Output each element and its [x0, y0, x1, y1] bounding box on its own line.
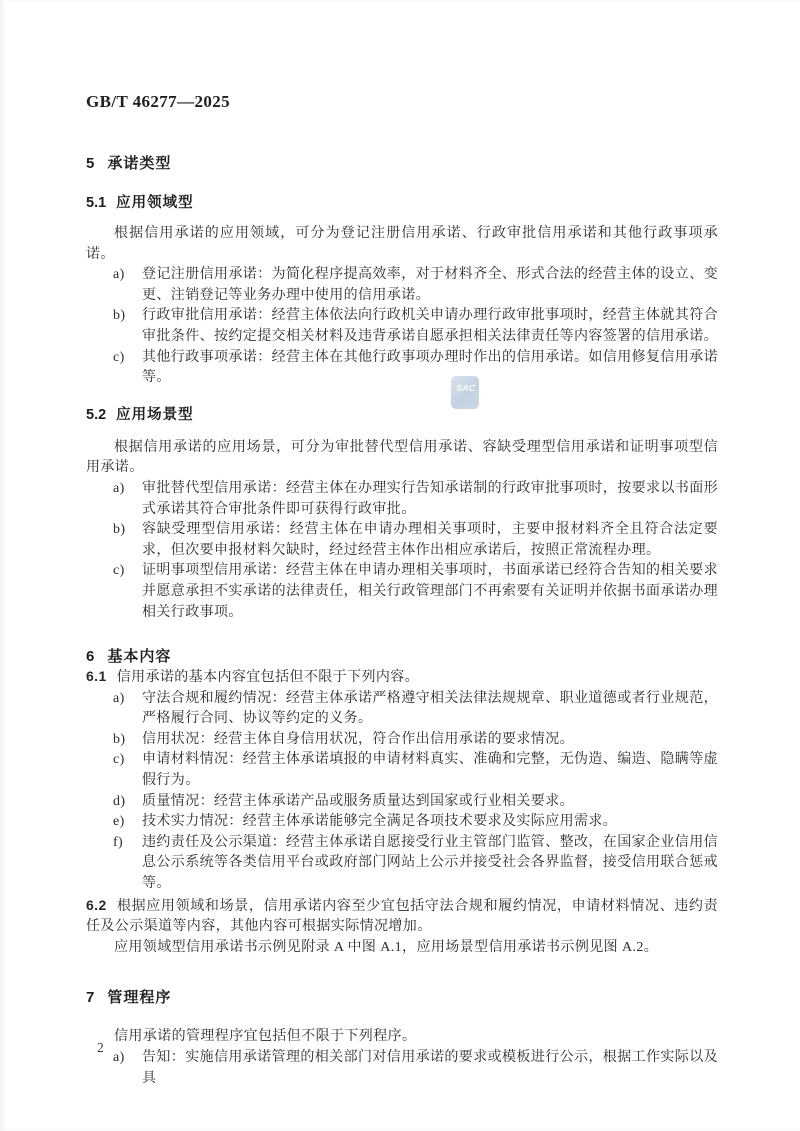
list-item-label: a) — [113, 689, 142, 730]
list-item: f) 违约责任及公示渠道：经营主体承诺自愿接受行业主管部门监管、整改，在国家企业… — [113, 833, 718, 895]
clause-6-2-text: 根据应用领域和场景，信用承诺内容至少宜包括守法合规和履约情况，申请材料情况、违约… — [86, 899, 718, 935]
clause-6-1-text: 信用承诺的基本内容宜包括但不限于下列内容。 — [117, 670, 419, 685]
section-5-2-heading: 5.2应用场景型 — [86, 403, 718, 424]
section-6-number: 6 — [86, 648, 94, 665]
list-item-text: 审批替代型信用承诺：经营主体在办理实行告知承诺制的行政审批事项时，按要求以书面形… — [142, 479, 718, 520]
list-item-label: e) — [113, 812, 142, 833]
section-5-2-intro: 根据信用承诺的应用场景，可分为审批替代型信用承诺、容缺受理型信用承诺和证明事项型… — [86, 438, 718, 479]
list-item: b) 容缺受理型信用承诺：经营主体在申请办理相关事项时，主要申报材料齐全且符合法… — [113, 520, 718, 561]
list-item-text: 申请材料情况：经营主体承诺填报的申请材料真实、准确和完整，无伪造、编造、隐瞒等虚… — [142, 750, 718, 791]
list-item-label: a) — [113, 1048, 142, 1089]
clause-6-2-note: 应用领域型信用承诺书示例见附录 A 中图 A.1，应用场景型信用承诺书示例见图 … — [86, 938, 718, 959]
section-5-1-number: 5.1 — [86, 195, 106, 211]
list-item-label: c) — [113, 348, 142, 389]
page-number: 2 — [97, 1040, 104, 1056]
section-6-heading: 6基本内容 — [86, 645, 718, 666]
list-item-label: a) — [113, 479, 142, 520]
list-item-label: c) — [113, 561, 142, 623]
list-item-text: 行政审批信用承诺：经营主体依法向行政机关申请办理行政审批事项时，经营主体就其符合… — [142, 306, 718, 347]
list-item-label: d) — [113, 792, 142, 813]
list-item-text: 告知：实施信用承诺管理的相关部门对信用承诺的要求或模板进行公示，根据工作实际以及… — [142, 1048, 718, 1089]
list-item-label: b) — [113, 730, 142, 751]
list-item-text: 质量情况：经营主体承诺产品或服务质量达到国家或行业相关要求。 — [142, 792, 718, 813]
clause-6-2: 6.2根据应用领域和场景，信用承诺内容至少宜包括守法合规和履约情况，申请材料情况… — [86, 895, 718, 938]
list-item: a) 审批替代型信用承诺：经营主体在办理实行告知承诺制的行政审批事项时，按要求以… — [113, 479, 718, 520]
section-5-number: 5 — [86, 155, 94, 172]
section-5-2-number: 5.2 — [86, 407, 106, 423]
list-item-text: 其他行政事项承诺：经营主体在其他行政事项办理时作出的信用承诺。如信用修复信用承诺… — [142, 348, 718, 389]
list-item-label: a) — [113, 265, 142, 306]
clause-6-1: 6.1信用承诺的基本内容宜包括但不限于下列内容。 — [86, 666, 718, 689]
clause-6-1-list: a) 守法合规和履约情况：经营主体承诺严格遵守相关法律法规规章、职业道德或者行业… — [113, 689, 718, 895]
clause-6-2-number: 6.2 — [86, 897, 107, 913]
section-5-title: 承诺类型 — [107, 155, 171, 172]
section-7-number: 7 — [86, 989, 94, 1006]
list-item-text: 登记注册信用承诺：为简化程序提高效率，对于材料齐全、形式合法的经营主体的设立、变… — [142, 265, 718, 306]
list-item-text: 违约责任及公示渠道：经营主体承诺自愿接受行业主管部门监管、整改，在国家企业信用信… — [142, 833, 718, 895]
section-5-2-title: 应用场景型 — [116, 407, 194, 423]
clause-6-1-number: 6.1 — [86, 668, 107, 684]
list-item: a) 登记注册信用承诺：为简化程序提高效率，对于材料齐全、形式合法的经营主体的设… — [113, 265, 718, 306]
list-item-text: 技术实力情况：经营主体承诺能够完全满足各项技术要求及实际应用需求。 — [142, 812, 718, 833]
section-7-list: a) 告知：实施信用承诺管理的相关部门对信用承诺的要求或模板进行公示，根据工作实… — [113, 1048, 718, 1089]
list-item-label: f) — [113, 833, 142, 895]
list-item-text: 守法合规和履约情况：经营主体承诺严格遵守相关法律法规规章、职业道德或者行业规范，… — [142, 689, 718, 730]
standard-code-header: GB/T 46277—2025 — [86, 92, 718, 112]
section-7-intro: 信用承诺的管理程序宜包括但不限于下列程序。 — [86, 1027, 718, 1048]
list-item: a) 告知：实施信用承诺管理的相关部门对信用承诺的要求或模板进行公示，根据工作实… — [113, 1048, 718, 1089]
section-5-1-list: a) 登记注册信用承诺：为简化程序提高效率，对于材料齐全、形式合法的经营主体的设… — [113, 265, 718, 389]
list-item: a) 守法合规和履约情况：经营主体承诺严格遵守相关法律法规规章、职业道德或者行业… — [113, 689, 718, 730]
list-item: b) 行政审批信用承诺：经营主体依法向行政机关申请办理行政审批事项时，经营主体就… — [113, 306, 718, 347]
list-item-label: b) — [113, 306, 142, 347]
list-item-text: 容缺受理型信用承诺：经营主体在申请办理相关事项时，主要申报材料齐全且符合法定要求… — [142, 520, 718, 561]
list-item: e) 技术实力情况：经营主体承诺能够完全满足各项技术要求及实际应用需求。 — [113, 812, 718, 833]
list-item: c) 证明事项型信用承诺：经营主体在申请办理相关事项时，书面承诺已经符合告知的相… — [113, 561, 718, 623]
section-5-1-heading: 5.1应用领域型 — [86, 191, 718, 212]
list-item-label: c) — [113, 750, 142, 791]
section-5-1-intro: 根据信用承诺的应用领域，可分为登记注册信用承诺、行政审批信用承诺和其他行政事项承… — [86, 224, 718, 265]
list-item: d) 质量情况：经营主体承诺产品或服务质量达到国家或行业相关要求。 — [113, 792, 718, 813]
section-7-heading: 7管理程序 — [86, 986, 718, 1007]
page-content: GB/T 46277—2025 5承诺类型 5.1应用领域型 根据信用承诺的应用… — [86, 0, 718, 1089]
document-page: SAC GB/T 46277—2025 5承诺类型 5.1应用领域型 根据信用承… — [0, 0, 800, 1131]
list-item: c) 申请材料情况：经营主体承诺填报的申请材料真实、准确和完整，无伪造、编造、隐… — [113, 750, 718, 791]
section-5-heading: 5承诺类型 — [86, 152, 718, 173]
list-item: b) 信用状况：经营主体自身信用状况，符合作出信用承诺的要求情况。 — [113, 730, 718, 751]
list-item-text: 信用状况：经营主体自身信用状况，符合作出信用承诺的要求情况。 — [142, 730, 718, 751]
section-7-title: 管理程序 — [107, 989, 171, 1006]
section-6-title: 基本内容 — [107, 648, 171, 665]
list-item-text: 证明事项型信用承诺：经营主体在申请办理相关事项时，书面承诺已经符合告知的相关要求… — [142, 561, 718, 623]
section-5-1-title: 应用领域型 — [116, 195, 194, 211]
section-5-2-list: a) 审批替代型信用承诺：经营主体在办理实行告知承诺制的行政审批事项时，按要求以… — [113, 479, 718, 623]
list-item-label: b) — [113, 520, 142, 561]
list-item: c) 其他行政事项承诺：经营主体在其他行政事项办理时作出的信用承诺。如信用修复信… — [113, 348, 718, 389]
